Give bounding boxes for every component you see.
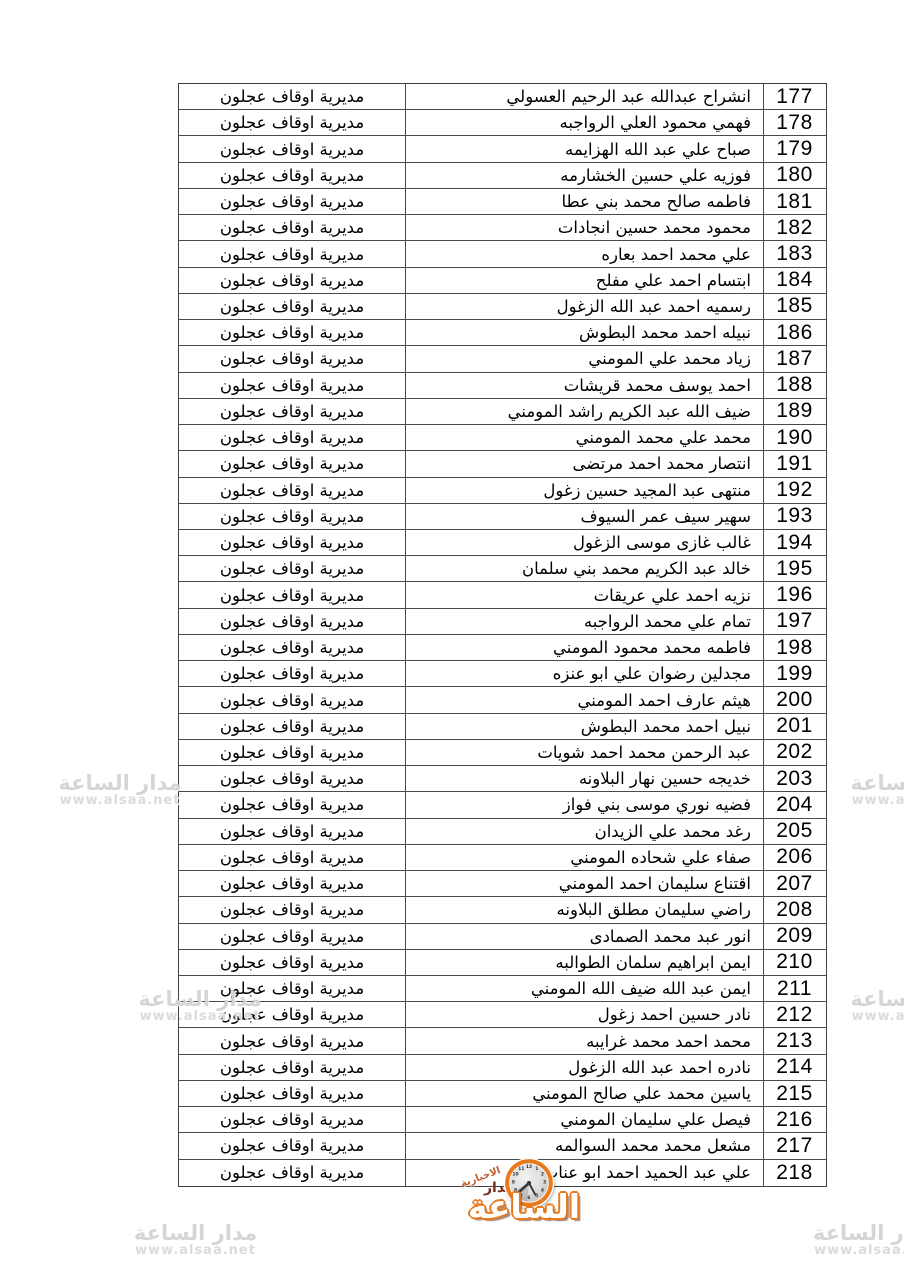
directorate-cell: مديرية اوقاف عجلون (179, 1160, 405, 1186)
table-row: مديرية اوقاف عجلون ايمن ابراهيم سلمان ال… (179, 950, 826, 976)
name-cell: صفاء علي شحاده المومني (406, 845, 763, 870)
svg-text:9: 9 (512, 1180, 515, 1186)
name-cell: راضي سليمان مطلق البلاونه (406, 897, 763, 922)
name-cell: رسميه احمد عبد الله الزغول (406, 294, 763, 319)
number-cell: 178 (764, 110, 825, 135)
table-row: مديرية اوقاف عجلون فيصل علي سليمان الموم… (179, 1107, 826, 1133)
name-cell: فاطمه صالح محمد بني عطا (406, 189, 763, 214)
directorate-cell: مديرية اوقاف عجلون (179, 556, 405, 581)
name-cell: ياسين محمد علي صالح المومني (406, 1081, 763, 1106)
watermark-bottom-right: مدار الساعة www.alsaa.net (782, 1222, 904, 1258)
number-cell: 193 (764, 504, 825, 529)
svg-text:3: 3 (543, 1180, 546, 1186)
directorate-cell: مديرية اوقاف عجلون (179, 976, 405, 1001)
name-cell: فهمي محمود العلي الرواجبه (406, 110, 763, 135)
directorate-cell: مديرية اوقاف عجلون (179, 714, 405, 739)
name-cell: خديجه حسين نهار البلاونه (406, 766, 763, 791)
directorate-cell: مديرية اوقاف عجلون (179, 766, 405, 791)
table-row: مديرية اوقاف عجلون فهمي محمود العلي الرو… (179, 110, 826, 136)
name-cell: نبيله احمد محمد البطوش (406, 320, 763, 345)
number-cell: 207 (764, 871, 825, 896)
number-cell: 192 (764, 478, 825, 503)
number-cell: 203 (764, 766, 825, 791)
name-cell: علي محمد احمد بعاره (406, 241, 763, 266)
name-cell: صباح علي عبد الله الهزايمه (406, 136, 763, 161)
table-row: مديرية اوقاف عجلون فاطمه محمد محمود المو… (179, 635, 826, 661)
name-cell: ايمن عبد الله ضيف الله المومني (406, 976, 763, 1001)
table-row: مديرية اوقاف عجلون صباح علي عبد الله اله… (179, 136, 826, 162)
number-cell: 189 (764, 399, 825, 424)
name-cell: فاطمه محمد محمود المومني (406, 635, 763, 660)
directorate-cell: مديرية اوقاف عجلون (179, 687, 405, 712)
number-cell: 217 (764, 1133, 825, 1158)
watermark-brand-text: مدار الساعة (103, 1222, 288, 1244)
name-cell: انور عبد محمد الصمادى (406, 924, 763, 949)
name-cell: نادره احمد عبد الله الزغول (406, 1055, 763, 1080)
table-row: مديرية اوقاف عجلون مجدلين رضوان علي ابو … (179, 661, 826, 687)
table-row: مديرية اوقاف عجلون اقتناع سليمان احمد ال… (179, 871, 826, 897)
table-row: مديرية اوقاف عجلون علي محمد احمد بعاره 1… (179, 241, 826, 267)
name-cell: خالد عبد الكريم محمد بني سلمان (406, 556, 763, 581)
name-cell: فضيه نوري موسى بني فواز (406, 792, 763, 817)
table-row: مديرية اوقاف عجلون رغد محمد علي الزيدان … (179, 819, 826, 845)
directorate-cell: مديرية اوقاف عجلون (179, 373, 405, 398)
name-cell: محمود محمد حسين انجادات (406, 215, 763, 240)
directorate-cell: مديرية اوقاف عجلون (179, 215, 405, 240)
table-row: مديرية اوقاف عجلون محمود محمد حسين انجاد… (179, 215, 826, 241)
number-cell: 204 (764, 792, 825, 817)
number-cell: 201 (764, 714, 825, 739)
table-row: مديرية اوقاف عجلون نادر حسين احمد زغول 2… (179, 1002, 826, 1028)
watermark-url-text: www.alsaa.net (782, 1244, 904, 1258)
table-row: مديرية اوقاف عجلون نبيل احمد محمد البطوش… (179, 714, 826, 740)
directorate-cell: مديرية اوقاف عجلون (179, 478, 405, 503)
table-row: مديرية اوقاف عجلون ايمن عبد الله ضيف الل… (179, 976, 826, 1002)
directorate-cell: مديرية اوقاف عجلون (179, 1055, 405, 1080)
table-row: مديرية اوقاف عجلون انور عبد محمد الصمادى… (179, 924, 826, 950)
name-cell: هيثم عارف احمد المومني (406, 687, 763, 712)
name-cell: تمام علي محمد الرواجبه (406, 609, 763, 634)
number-cell: 214 (764, 1055, 825, 1080)
name-cell: فيصل علي سليمان المومني (406, 1107, 763, 1132)
svg-text:1: 1 (535, 1166, 538, 1172)
name-cell: مجدلين رضوان علي ابو عنزه (406, 661, 763, 686)
number-cell: 200 (764, 687, 825, 712)
watermark-url-text: www.alsaa.net (103, 1244, 288, 1258)
number-cell: 180 (764, 163, 825, 188)
directorate-cell: مديرية اوقاف عجلون (179, 819, 405, 844)
name-cell: سهير سيف عمر السيوف (406, 504, 763, 529)
number-cell: 188 (764, 373, 825, 398)
number-cell: 210 (764, 950, 825, 975)
document-page: مديرية اوقاف عجلون انشراح عبدالله عبد ال… (0, 0, 904, 1280)
directorate-cell: مديرية اوقاف عجلون (179, 163, 405, 188)
number-cell: 212 (764, 1002, 825, 1027)
number-cell: 185 (764, 294, 825, 319)
directorate-cell: مديرية اوقاف عجلون (179, 582, 405, 607)
watermark-bottom-left: مدار الساعة www.alsaa.net (103, 1222, 288, 1258)
table-row: مديرية اوقاف عجلون سهير سيف عمر السيوف 1… (179, 504, 826, 530)
number-cell: 179 (764, 136, 825, 161)
directorate-cell: مديرية اوقاف عجلون (179, 84, 405, 109)
number-cell: 211 (764, 976, 825, 1001)
number-cell: 186 (764, 320, 825, 345)
name-cell: منتهى عبد المجيد حسين زغول (406, 478, 763, 503)
directorate-cell: مديرية اوقاف عجلون (179, 346, 405, 371)
number-cell: 197 (764, 609, 825, 634)
svg-text:10: 10 (512, 1172, 518, 1178)
table-row: مديرية اوقاف عجلون زياد محمد علي المومني… (179, 346, 826, 372)
table-row: مديرية اوقاف عجلون ضيف الله عبد الكريم ر… (179, 399, 826, 425)
table-row: مديرية اوقاف عجلون محمد علي محمد المومني… (179, 425, 826, 451)
table-row: مديرية اوقاف عجلون تمام علي محمد الرواجب… (179, 609, 826, 635)
directorate-cell: مديرية اوقاف عجلون (179, 136, 405, 161)
directorate-cell: مديرية اوقاف عجلون (179, 871, 405, 896)
directorate-cell: مديرية اوقاف عجلون (179, 897, 405, 922)
number-cell: 213 (764, 1028, 825, 1053)
table-row: مديرية اوقاف عجلون خالد عبد الكريم محمد … (179, 556, 826, 582)
table-row: مديرية اوقاف عجلون انشراح عبدالله عبد ال… (179, 84, 826, 110)
number-cell: 177 (764, 84, 825, 109)
name-cell: ابتسام احمد علي مفلح (406, 268, 763, 293)
directorate-cell: مديرية اوقاف عجلون (179, 740, 405, 765)
directorate-cell: مديرية اوقاف عجلون (179, 110, 405, 135)
table-row: مديرية اوقاف عجلون رسميه احمد عبد الله ا… (179, 294, 826, 320)
name-cell: محمد احمد محمد غرايبه (406, 1028, 763, 1053)
svg-text:2: 2 (541, 1172, 544, 1178)
table-row: مديرية اوقاف عجلون منتهى عبد المجيد حسين… (179, 478, 826, 504)
directorate-cell: مديرية اوقاف عجلون (179, 924, 405, 949)
name-cell: ضيف الله عبد الكريم راشد المومني (406, 399, 763, 424)
name-cell: غالب غازى موسى الزغول (406, 530, 763, 555)
table-row: مديرية اوقاف عجلون محمد احمد محمد غرايبه… (179, 1028, 826, 1054)
table-row: مديرية اوقاف عجلون فاطمه صالح محمد بني ع… (179, 189, 826, 215)
name-cell: زياد محمد علي المومني (406, 346, 763, 371)
names-table-body: مديرية اوقاف عجلون انشراح عبدالله عبد ال… (179, 84, 826, 1186)
number-cell: 198 (764, 635, 825, 660)
table-row: مديرية اوقاف عجلون نادره احمد عبد الله ا… (179, 1055, 826, 1081)
number-cell: 208 (764, 897, 825, 922)
table-row: مديرية اوقاف عجلون هيثم عارف احمد المومن… (179, 687, 826, 713)
watermark-brand-text: مدار الساعة (782, 1222, 904, 1244)
table-row: مديرية اوقاف عجلون نبيله احمد محمد البطو… (179, 320, 826, 346)
name-cell: فوزيه علي حسين الخشارمه (406, 163, 763, 188)
table-row: مديرية اوقاف عجلون فوزيه علي حسين الخشار… (179, 163, 826, 189)
directorate-cell: مديرية اوقاف عجلون (179, 1133, 405, 1158)
number-cell: 183 (764, 241, 825, 266)
number-cell: 216 (764, 1107, 825, 1132)
name-cell: ايمن ابراهيم سلمان الطوالبه (406, 950, 763, 975)
number-cell: 215 (764, 1081, 825, 1106)
table-row: مديرية اوقاف عجلون صفاء علي شحاده المومن… (179, 845, 826, 871)
name-cell: رغد محمد علي الزيدان (406, 819, 763, 844)
number-cell: 199 (764, 661, 825, 686)
number-cell: 205 (764, 819, 825, 844)
name-cell: انشراح عبدالله عبد الرحيم العسولي (406, 84, 763, 109)
table-row: مديرية اوقاف عجلون خديجه حسين نهار البلا… (179, 766, 826, 792)
table-row: مديرية اوقاف عجلون عبد الرحمن محمد احمد … (179, 740, 826, 766)
number-cell: 218 (764, 1160, 825, 1186)
directorate-cell: مديرية اوقاف عجلون (179, 1081, 405, 1106)
directorate-cell: مديرية اوقاف عجلون (179, 399, 405, 424)
directorate-cell: مديرية اوقاف عجلون (179, 320, 405, 345)
directorate-cell: مديرية اوقاف عجلون (179, 609, 405, 634)
directorate-cell: مديرية اوقاف عجلون (179, 1107, 405, 1132)
directorate-cell: مديرية اوقاف عجلون (179, 661, 405, 686)
directorate-cell: مديرية اوقاف عجلون (179, 451, 405, 476)
table-row: مديرية اوقاف عجلون ابتسام احمد علي مفلح … (179, 268, 826, 294)
directorate-cell: مديرية اوقاف عجلون (179, 294, 405, 319)
table-row: مديرية اوقاف عجلون فضيه نوري موسى بني فو… (179, 792, 826, 818)
table-row: مديرية اوقاف عجلون انتصار محمد احمد مرتض… (179, 451, 826, 477)
names-table: مديرية اوقاف عجلون انشراح عبدالله عبد ال… (178, 83, 827, 1187)
name-cell: محمد علي محمد المومني (406, 425, 763, 450)
name-cell: نبيل احمد محمد البطوش (406, 714, 763, 739)
number-cell: 195 (764, 556, 825, 581)
name-cell: عبد الرحمن محمد احمد شويات (406, 740, 763, 765)
directorate-cell: مديرية اوقاف عجلون (179, 635, 405, 660)
number-cell: 206 (764, 845, 825, 870)
directorate-cell: مديرية اوقاف عجلون (179, 1002, 405, 1027)
number-cell: 194 (764, 530, 825, 555)
number-cell: 181 (764, 189, 825, 214)
table-row: مديرية اوقاف عجلون ياسين محمد علي صالح ا… (179, 1081, 826, 1107)
number-cell: 182 (764, 215, 825, 240)
directorate-cell: مديرية اوقاف عجلون (179, 241, 405, 266)
number-cell: 184 (764, 268, 825, 293)
directorate-cell: مديرية اوقاف عجلون (179, 1028, 405, 1053)
directorate-cell: مديرية اوقاف عجلون (179, 268, 405, 293)
directorate-cell: مديرية اوقاف عجلون (179, 792, 405, 817)
directorate-cell: مديرية اوقاف عجلون (179, 425, 405, 450)
directorate-cell: مديرية اوقاف عجلون (179, 845, 405, 870)
name-cell: اقتناع سليمان احمد المومني (406, 871, 763, 896)
directorate-cell: مديرية اوقاف عجلون (179, 504, 405, 529)
number-cell: 187 (764, 346, 825, 371)
table-row: مديرية اوقاف عجلون غالب غازى موسى الزغول… (179, 530, 826, 556)
directorate-cell: مديرية اوقاف عجلون (179, 189, 405, 214)
name-cell: نادر حسين احمد زغول (406, 1002, 763, 1027)
logo-wordmark: الساعة (464, 1190, 584, 1223)
table-row: مديرية اوقاف عجلون نزيه احمد علي عريقات … (179, 582, 826, 608)
number-cell: 190 (764, 425, 825, 450)
number-cell: 202 (764, 740, 825, 765)
number-cell: 191 (764, 451, 825, 476)
directorate-cell: مديرية اوقاف عجلون (179, 530, 405, 555)
table-row: مديرية اوقاف عجلون احمد يوسف محمد قريشات… (179, 373, 826, 399)
number-cell: 209 (764, 924, 825, 949)
madar-alsaa-logo: مدار الاخبارية 121234567891011 الساعة (450, 1150, 620, 1255)
name-cell: احمد يوسف محمد قريشات (406, 373, 763, 398)
name-cell: انتصار محمد احمد مرتضى (406, 451, 763, 476)
svg-text:12: 12 (526, 1164, 532, 1170)
directorate-cell: مديرية اوقاف عجلون (179, 950, 405, 975)
table-row: مديرية اوقاف عجلون راضي سليمان مطلق البل… (179, 897, 826, 923)
number-cell: 196 (764, 582, 825, 607)
svg-text:11: 11 (518, 1166, 524, 1172)
name-cell: نزيه احمد علي عريقات (406, 582, 763, 607)
